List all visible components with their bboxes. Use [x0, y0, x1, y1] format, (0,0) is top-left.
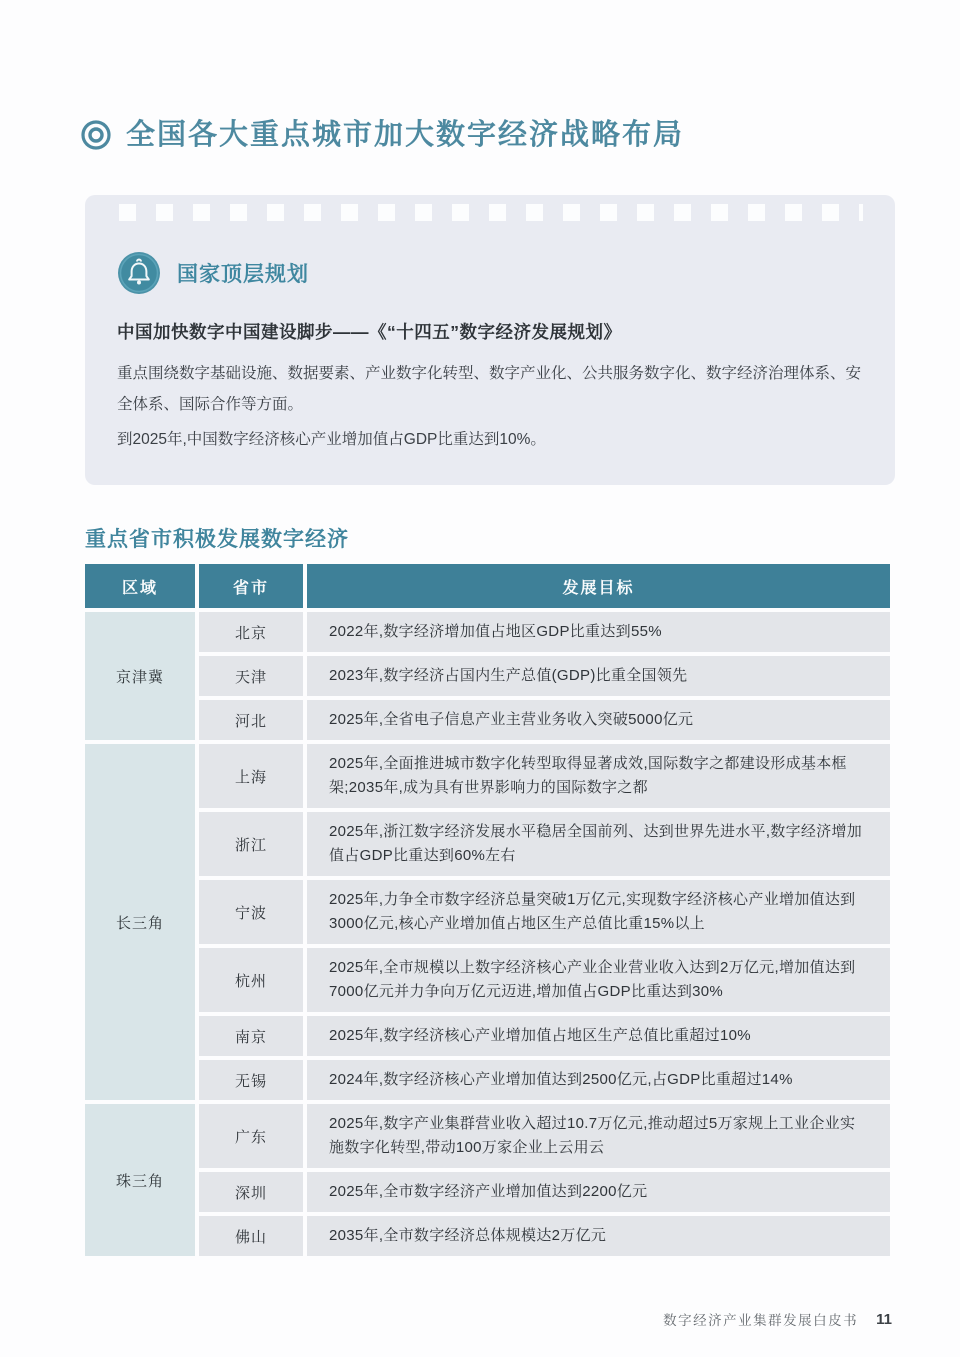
goal-cell: 2025年,全市数字经济产业增加值达到2200亿元 [307, 1172, 890, 1212]
page-title: 全国各大重点城市加大数字经济战略布局 [126, 118, 684, 153]
table-row: 深圳 2025年,全市数字经济产业增加值达到2200亿元 [85, 1172, 890, 1212]
callout-subtitle: 中国加快数字中国建设脚步——《“十四五”数字经济发展规划》 [117, 319, 863, 344]
column-header-city: 省市 [199, 564, 303, 608]
table-row: 珠三角 广东 2025年,数字产业集群营业收入超过10.7万亿元,推动超过5万家… [85, 1104, 890, 1168]
goal-cell: 2025年,数字经济核心产业增加值占地区生产总值比重超过10% [307, 1016, 890, 1056]
page-footer: 数字经济产业集群发展白皮书 11 [663, 1309, 892, 1329]
callout-body-line1: 重点围绕数字基础设施、数据要素、产业数字化转型、数字产业化、公共服务数字化、数字… [117, 358, 863, 420]
region-cell-zhusanjiao: 珠三角 [85, 1104, 195, 1256]
callout-body-line2: 到2025年,中国数字经济核心产业增加值占GDP比重达到10%。 [117, 424, 863, 455]
city-cell: 无锡 [199, 1060, 303, 1100]
goal-cell: 2035年,全市数字经济总体规模达2万亿元 [307, 1216, 890, 1256]
national-plan-callout: 国家顶层规划 中国加快数字中国建设脚步——《“十四五”数字经济发展规划》 重点围… [85, 195, 895, 485]
callout-heading: 国家顶层规划 [177, 258, 309, 288]
city-cell: 浙江 [199, 812, 303, 876]
goal-cell: 2022年,数字经济增加值占地区GDP比重达到55% [307, 612, 890, 652]
table-row: 杭州 2025年,全市规模以上数字经济核心产业企业营业收入达到2万亿元,增加值达… [85, 948, 890, 1012]
city-cell: 天津 [199, 656, 303, 696]
city-cell: 广东 [199, 1104, 303, 1168]
city-cell: 宁波 [199, 880, 303, 944]
target-bullseye-icon [80, 119, 112, 151]
column-header-goal: 发展目标 [307, 564, 890, 608]
goal-cell: 2025年,数字产业集群营业收入超过10.7万亿元,推动超过5万家规上工业企业实… [307, 1104, 890, 1168]
table-row: 京津冀 北京 2022年,数字经济增加值占地区GDP比重达到55% [85, 612, 890, 652]
city-cell: 佛山 [199, 1216, 303, 1256]
table-row: 南京 2025年,数字经济核心产业增加值占地区生产总值比重超过10% [85, 1016, 890, 1056]
city-cell: 河北 [199, 700, 303, 740]
city-cell: 深圳 [199, 1172, 303, 1212]
callout-header: 国家顶层规划 [117, 251, 863, 295]
development-goals-table: 区域 省市 发展目标 京津冀 北京 2022年,数字经济增加值占地区GDP比重达… [81, 560, 894, 1260]
section-title: 重点省市积极发展数字经济 [85, 523, 349, 553]
table-header-row: 区域 省市 发展目标 [85, 564, 890, 608]
goal-cell: 2025年,全市规模以上数字经济核心产业企业营业收入达到2万亿元,增加值达到70… [307, 948, 890, 1012]
region-cell-changsanjiao: 长三角 [85, 744, 195, 1100]
goal-cell: 2025年,全面推进城市数字化转型取得显著成效,国际数字之都建设形成基本框架;2… [307, 744, 890, 808]
table-row: 长三角 上海 2025年,全面推进城市数字化转型取得显著成效,国际数字之都建设形… [85, 744, 890, 808]
page-title-row: 全国各大重点城市加大数字经济战略布局 [0, 0, 960, 153]
city-cell: 上海 [199, 744, 303, 808]
city-cell: 北京 [199, 612, 303, 652]
footer-document-title: 数字经济产业集群发展白皮书 [663, 1309, 858, 1329]
film-strip-decoration [119, 204, 863, 221]
goal-cell: 2025年,全省电子信息产业主营业务收入突破5000亿元 [307, 700, 890, 740]
goal-cell: 2025年,浙江数字经济发展水平稳居全国前列、达到世界先进水平,数字经济增加值占… [307, 812, 890, 876]
footer-page-number: 11 [876, 1311, 892, 1328]
goal-cell: 2025年,力争全市数字经济总量突破1万亿元,实现数字经济核心产业增加值达到30… [307, 880, 890, 944]
table-row: 无锡 2024年,数字经济核心产业增加值达到2500亿元,占GDP比重超过14% [85, 1060, 890, 1100]
table-row: 浙江 2025年,浙江数字经济发展水平稳居全国前列、达到世界先进水平,数字经济增… [85, 812, 890, 876]
table-row: 河北 2025年,全省电子信息产业主营业务收入突破5000亿元 [85, 700, 890, 740]
city-cell: 杭州 [199, 948, 303, 1012]
table-row: 宁波 2025年,力争全市数字经济总量突破1万亿元,实现数字经济核心产业增加值达… [85, 880, 890, 944]
column-header-region: 区域 [85, 564, 195, 608]
goal-cell: 2024年,数字经济核心产业增加值达到2500亿元,占GDP比重超过14% [307, 1060, 890, 1100]
document-page: 全国各大重点城市加大数字经济战略布局 国家顶层规划 中国加快数字中国建设脚步——… [0, 0, 960, 1357]
city-cell: 南京 [199, 1016, 303, 1056]
table-row: 佛山 2035年,全市数字经济总体规模达2万亿元 [85, 1216, 890, 1256]
region-cell-jingjinji: 京津冀 [85, 612, 195, 740]
bell-icon [117, 251, 161, 295]
table-row: 天津 2023年,数字经济占国内生产总值(GDP)比重全国领先 [85, 656, 890, 696]
goal-cell: 2023年,数字经济占国内生产总值(GDP)比重全国领先 [307, 656, 890, 696]
